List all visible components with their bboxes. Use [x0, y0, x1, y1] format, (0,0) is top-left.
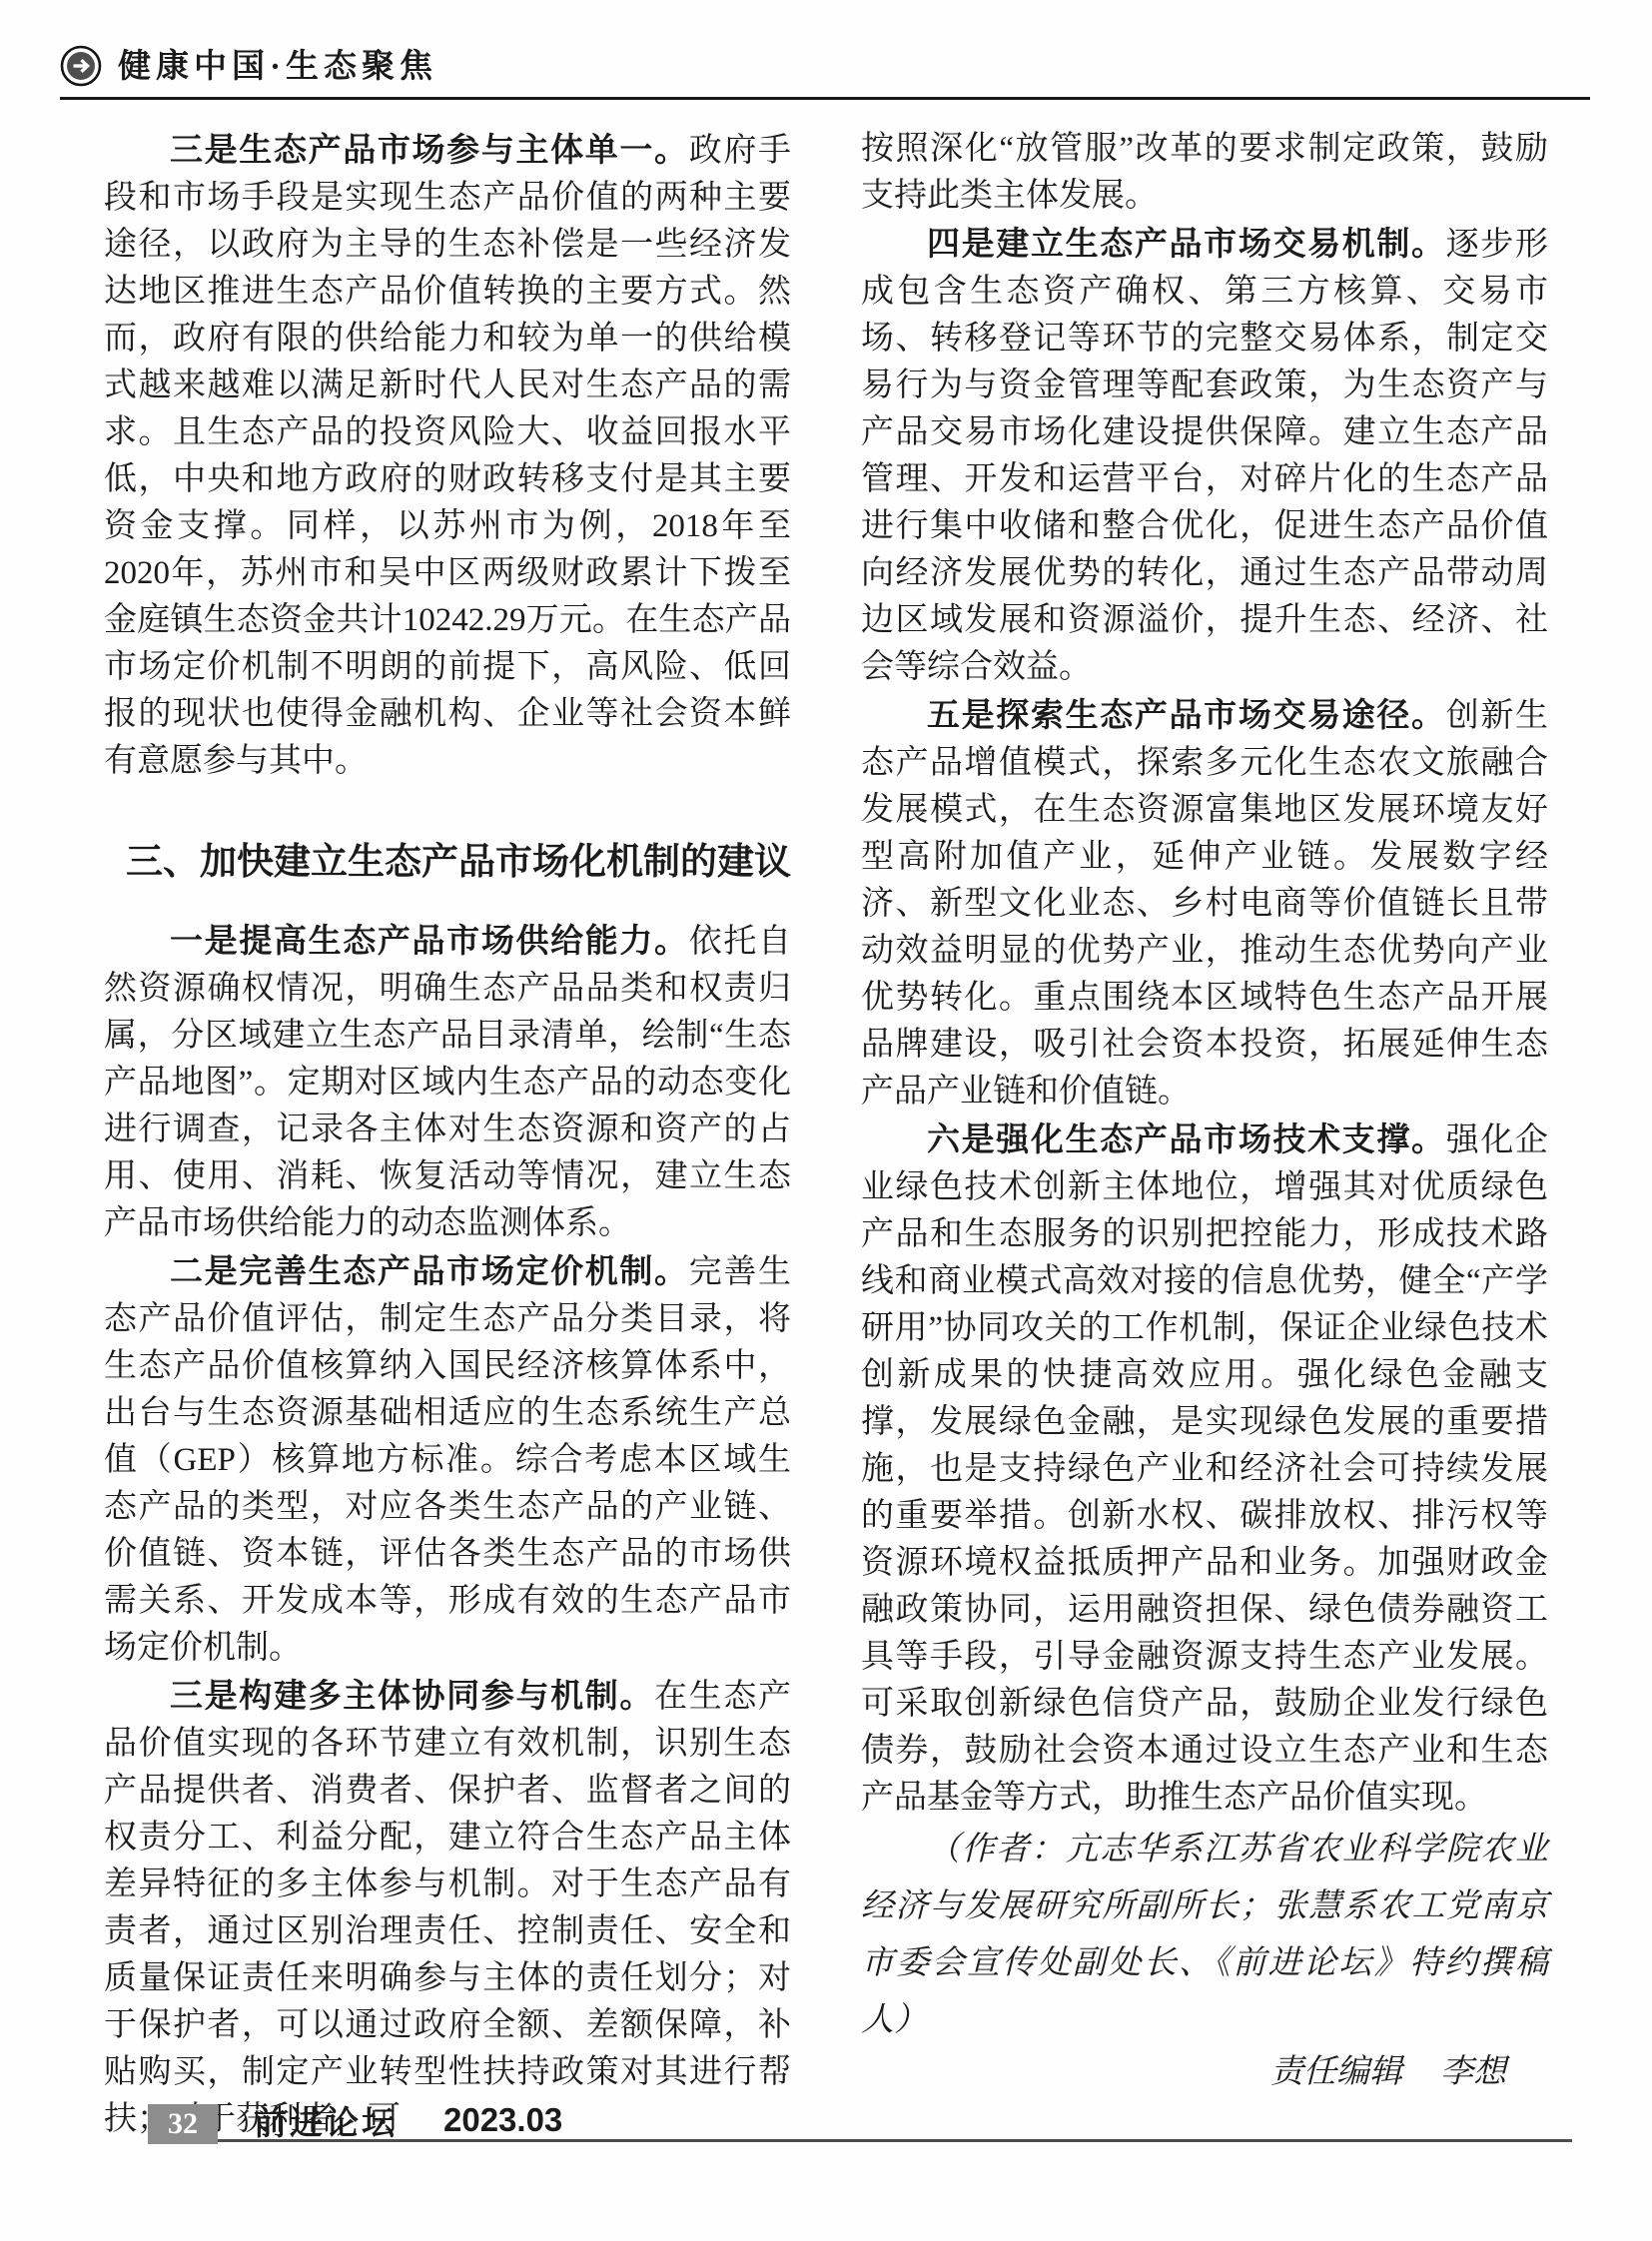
- paragraph-technical-support: 六是强化生态产品市场技术支撑。强化企业绿色技术创新主体地位，增强其对优质绿色产品…: [861, 1116, 1548, 1822]
- paragraph-text: 强化企业绿色技术创新主体地位，增强其对优质绿色产品和生态服务的识别把控能力，形成…: [861, 1122, 1548, 1816]
- issue-number: 2023.03: [443, 2101, 562, 2139]
- paragraph-text: 在生态产品价值实现的各环节建立有效机制，识别生态产品提供者、消费者、保护者、监督…: [104, 1679, 791, 2137]
- paragraph-multi-agent-mechanism: 三是构建多主体协同参与机制。在生态产品价值实现的各环节建立有效机制，识别生态产品…: [104, 1672, 791, 2143]
- paragraph-lead: 二是完善生态产品市场定价机制。: [170, 1252, 689, 1289]
- right-column: 按照深化“放管服”改革的要求制定政策，鼓励支持此类主体发展。 四是建立生态产品市…: [861, 126, 1548, 2143]
- left-column: 三是生态产品市场参与主体单一。政府手段和市场手段是实现生态产品价值的两种主要途径…: [104, 126, 791, 2143]
- paragraph-text: 创新生态产品增值模式，探索多元化生态农文旅融合发展模式，在生态资源富集地区发展环…: [861, 698, 1548, 1110]
- editor-name: 李想: [1440, 2054, 1506, 2090]
- paragraph-lead: 五是探索生态产品市场交易途径。: [927, 696, 1446, 733]
- editor-label: 责任编辑: [1270, 2054, 1402, 2090]
- paragraph-supply-capacity: 一是提高生态产品市场供给能力。依托自然资源确权情况，明确生态产品品类和权责归属，…: [104, 917, 791, 1247]
- magazine-page: 健康中国·生态聚焦 三是生态产品市场参与主体单一。政府手段和市场手段是实现生态产…: [0, 0, 1652, 2241]
- paragraph-continuation: 按照深化“放管服”改革的要求制定政策，鼓励支持此类主体发展。: [861, 126, 1548, 220]
- page-number-badge: 32: [148, 2104, 218, 2144]
- paragraph-pricing-mechanism: 二是完善生态产品市场定价机制。完善生态产品价值评估，制定生态产品分类目录，将生态…: [104, 1247, 791, 1672]
- journal-name: 前进论坛: [254, 2097, 398, 2144]
- paragraph-text: 政府手段和市场手段是实现生态产品价值的两种主要途径，以政府为主导的生态补偿是一些…: [104, 133, 791, 779]
- paragraph-trading-mechanism: 四是建立生态产品市场交易机制。逐步形成包含生态资产确权、第三方核算、交易市场、转…: [861, 220, 1548, 691]
- page-footer: 32 前进论坛 2023.03: [148, 2101, 1572, 2142]
- paragraph-lead: 六是强化生态产品市场技术支撑。: [927, 1120, 1446, 1157]
- paragraph-market-participants: 三是生态产品市场参与主体单一。政府手段和市场手段是实现生态产品价值的两种主要途径…: [104, 126, 791, 785]
- paragraph-lead: 三是生态产品市场参与主体单一。: [170, 131, 689, 168]
- column-brand-title: 健康中国·生态聚焦: [118, 51, 437, 87]
- forward-arrow-icon: [60, 45, 102, 87]
- page-header: 健康中国·生态聚焦: [60, 0, 1590, 100]
- paragraph-lead: 一是提高生态产品市场供给能力。: [170, 922, 689, 959]
- paragraph-text: 逐步形成包含生态资产确权、第三方核算、交易市场、转移登记等环节的完整交易体系，制…: [861, 227, 1548, 685]
- article-body: 三是生态产品市场参与主体单一。政府手段和市场手段是实现生态产品价值的两种主要途径…: [104, 126, 1548, 2143]
- paragraph-text: 完善生态产品价值评估，制定生态产品分类目录，将生态产品价值核算纳入国民经济核算体…: [104, 1254, 791, 1666]
- paragraph-lead: 四是建立生态产品市场交易机制。: [927, 225, 1446, 262]
- paragraph-text: 依托自然资源确权情况，明确生态产品品类和权责归属，分区域建立生态产品目录清单，绘…: [104, 924, 791, 1241]
- editor-line: 责任编辑李想: [861, 2049, 1548, 2096]
- paragraph-lead: 三是构建多主体协同参与机制。: [170, 1677, 654, 1714]
- section-heading: 三、加快建立生态产品市场化机制的建议: [104, 839, 791, 885]
- author-note: （作者：亢志华系江苏省农业科学院农业经济与发展研究所副所长；张慧系农工党南京市委…: [861, 1822, 1548, 2049]
- paragraph-trading-channels: 五是探索生态产品市场交易途径。创新生态产品增值模式，探索多元化生态农文旅融合发展…: [861, 691, 1548, 1116]
